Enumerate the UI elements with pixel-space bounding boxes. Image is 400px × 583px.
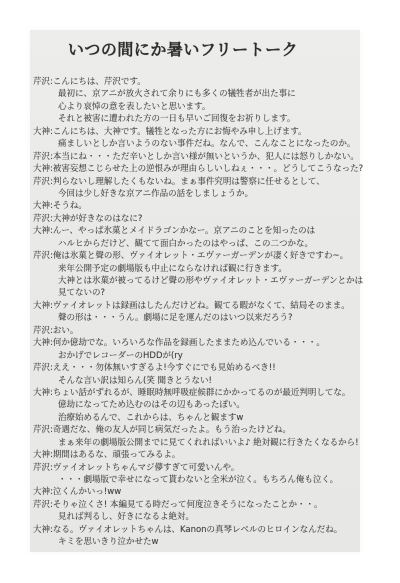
dialogue-text: 億劫になってため込むのはその辺もあったぽい。 (58, 400, 245, 410)
speaker-label: 芹沢: (33, 214, 53, 224)
dialogue-line: 芹沢:大神が好きなのはなに? (33, 213, 360, 225)
dialogue-text: 最初に、京アニが放火されて余りにも多くの犠牲者が出た事に (58, 89, 296, 99)
dialogue-text: ちょい話がずれるが、睡眠時無呼吸症候群にかかってるのが最近判明してな。 (53, 388, 351, 398)
dialogue-text: 奇遇だな、俺の友人が同じ病気だったよ。もう治ったけどね。 (53, 425, 291, 435)
dialogue-line: 大神:被害妄想こじらせた上の逆恨みが理由らしいしねぇ・・・。どうしてこうなった? (33, 163, 360, 175)
speaker-label: 大神: (33, 301, 53, 311)
dialogue-text: 痛ましいとしか言いようのない事件だね。なんで、こんなことになったのか。 (58, 139, 355, 149)
dialogue-line: 芹沢:おい。 (33, 325, 360, 337)
dialogue-line: 大神:泣くんかいっ!ww (33, 486, 360, 498)
dialogue-text: まぁ来年の劇場版公開までに見てくれればいいよ♪ 絶対観に行きたくなるから! (58, 438, 359, 448)
dialogue-line: おかげでレコーダーのHDDが(ry (33, 350, 360, 362)
dialogue-text: それと被害に遭われた方の一日も早いご回復をお祈りします。 (58, 114, 295, 124)
dialogue-line: 最初に、京アニが放火されて余りにも多くの犠牲者が出た事に (33, 88, 360, 100)
dialogue-line: 大神:何か億劫でな。いろいろな作品を録画したままため込んでいる・・・。 (33, 337, 360, 349)
dialogue-text: ええ・・・勿体無いすぎるよ!今すぐにでも見始めるべき!! (53, 363, 276, 373)
dialogue-text: 判らないし理解したくもないね。まぁ事件究明は警察に任せるとして、 (53, 177, 325, 187)
dialogue-line: 芹沢:俺は氷菓と聲の形、ヴァイオレット・エヴァーガーデンが凄く好きですわ~。 (33, 250, 360, 262)
dialogue-line: ・・・劇場版で幸せになって貰わないと全米が泣く。もちろん俺も泣く。 (33, 474, 360, 486)
dialogue-line: 芹沢:本当にね・・・ただ辛いとしか言い様が無いというか、犯人には怒りしかない。 (33, 151, 360, 163)
dialogue-line: 芹沢:ヴァイオレットちゃんマジ儚すぎて可愛いんや。 (33, 462, 360, 474)
dialogue-line: 大神とは氷菓が被ってるけど聲の形やヴァイオレット・エヴァーガーデンとかは (33, 275, 360, 287)
dialogue-line: ハルヒからだけど、観てて面白かったのはやっぱ、この二つかな。 (33, 238, 360, 250)
speaker-label: 芹沢: (33, 500, 53, 510)
dialogue-text: 大神が好きなのはなに? (53, 214, 143, 224)
scanned-page: いつの間にか暑いフリートーク 芹沢:こんにちは、芹沢です。最初に、京アニが放火さ… (0, 0, 400, 583)
speaker-label: 大神: (33, 226, 53, 236)
dialogue-text: こんにちは、芹沢です。 (53, 77, 146, 87)
dialogue-line: 痛ましいとしか言いようのない事件だね。なんで、こんなことになったのか。 (33, 138, 360, 150)
dialogue: 芹沢:こんにちは、芹沢です。最初に、京アニが放火されて余りにも多くの犠牲者が出た… (30, 76, 360, 549)
dialogue-line: 芹沢:そりゃ泣くさ! 本編見てる時だって何度泣きそうになったことか・・。 (33, 499, 360, 511)
speaker-label: 芹沢: (33, 463, 53, 473)
dialogue-line: 芹沢:ええ・・・勿体無いすぎるよ!今すぐにでも見始めるべき!! (33, 362, 360, 374)
speaker-label: 芹沢: (33, 77, 53, 87)
dialogue-text: おかげでレコーダーのHDDが(ry (58, 351, 183, 361)
dialogue-line: 大神:期間はあるな、頑張ってみるよ。 (33, 449, 360, 461)
speaker-label: 芹沢: (33, 363, 53, 373)
dialogue-text: 俺は氷菓と聲の形、ヴァイオレット・エヴァーガーデンが凄く好きですわ~。 (53, 251, 348, 261)
dialogue-line: 大神:そうね。 (33, 200, 360, 212)
dialogue-text: 何か億劫でな。いろいろな作品を録画したままため込んでいる・・・。 (53, 338, 325, 348)
dialogue-text: 泣くんかいっ!ww (53, 487, 121, 497)
speaker-label: 大神: (33, 127, 53, 137)
dialogue-text: 見てないの? (58, 288, 105, 298)
dialogue-text: こんにちは、大神です。犠牲となった方にお悔やみ申し上げます。 (53, 127, 307, 137)
speaker-label: 大神: (33, 487, 53, 497)
dialogue-text: 被害妄想こじらせた上の逆恨みが理由らしいしねぇ・・・。どうしてこうなった? (53, 164, 363, 174)
speaker-label: 芹沢: (33, 425, 53, 435)
dialogue-text: 聲の形は・・・うん。劇場に足を運んだのはいつ以来だろう? (58, 313, 293, 323)
dialogue-line: 見てないの? (33, 287, 360, 299)
speaker-label: 大神: (33, 164, 53, 174)
dialogue-text: ハルヒからだけど、観てて面白かったのはやっぱ、この二つかな。 (58, 239, 313, 249)
dialogue-line: 芹沢:こんにちは、芹沢です。 (33, 76, 360, 88)
scan-area: いつの間にか暑いフリートーク 芹沢:こんにちは、芹沢です。最初に、京アニが放火さ… (30, 30, 360, 552)
speaker-label: 芹沢: (33, 177, 53, 187)
dialogue-line: 来年公開予定の劇場版も中止にならなければ観に行きます。 (33, 263, 360, 275)
speaker-label: 大神: (33, 525, 53, 535)
dialogue-text: なる。ヴァイオレットちゃんは、Kanonの真琴レベルのヒロインなんだね。 (53, 525, 342, 535)
dialogue-line: 聲の形は・・・うん。劇場に足を運んだのはいつ以来だろう? (33, 312, 360, 324)
dialogue-text: んー、やっぱ氷菓とメイドラゴンかなー。京アニのことを知ったのは (53, 226, 315, 236)
dialogue-line: そんな言い訳は知らん(笑 聞きとうない! (33, 375, 360, 387)
speaker-label: 芹沢: (33, 152, 53, 162)
dialogue-line: 芹沢:判らないし理解したくもないね。まぁ事件究明は警察に任せるとして、 (33, 176, 360, 188)
dialogue-text: 大神とは氷菓が被ってるけど聲の形やヴァイオレット・エヴァーガーデンとかは (58, 276, 363, 286)
page-title: いつの間にか暑いフリートーク (18, 37, 348, 60)
speaker-label: 大神: (33, 388, 53, 398)
dialogue-text: そうね。 (53, 201, 87, 211)
dialogue-line: 大神:んー、やっぱ氷菓とメイドラゴンかなー。京アニのことを知ったのは (33, 225, 360, 237)
dialogue-line: 大神:こんにちは、大神です。犠牲となった方にお悔やみ申し上げます。 (33, 126, 360, 138)
dialogue-text: 本当にね・・・ただ辛いとしか言い様が無いというか、犯人には怒りしかない。 (53, 152, 359, 162)
dialogue-text: ・・・劇場版で幸せになって貰わないと全米が泣く。もちろん俺も泣く。 (58, 475, 338, 485)
dialogue-text: 来年公開予定の劇場版も中止にならなければ観に行きます。 (58, 264, 287, 274)
dialogue-text: ヴァイオレットは録画はしたんだけどね。観てる暇がなくて、結局そのまま。 (53, 301, 350, 311)
speaker-label: 芹沢: (33, 251, 53, 261)
dialogue-text: そりゃ泣くさ! 本編見てる時だって何度泣きそうになったことか・・。 (53, 500, 323, 510)
dialogue-line: 億劫になってため込むのはその辺もあったぽい。 (33, 399, 360, 411)
speaker-label: 大神: (33, 201, 53, 211)
dialogue-line: それと被害に遭われた方の一日も早いご回復をお祈りします。 (33, 113, 360, 125)
dialogue-line: 芹沢:奇遇だな、俺の友人が同じ病気だったよ。もう治ったけどね。 (33, 424, 360, 436)
dialogue-line: まぁ来年の劇場版公開までに見てくれればいいよ♪ 絶対観に行きたくなるから! (33, 437, 360, 449)
dialogue-text: 今回は少し好きな京アニ作品の話をしましょうか。 (58, 189, 253, 199)
dialogue-line: 大神:ちょい話がずれるが、睡眠時無呼吸症候群にかかってるのが最近判明してな。 (33, 387, 360, 399)
dialogue-line: 大神:ヴァイオレットは録画はしたんだけどね。観てる暇がなくて、結局そのまま。 (33, 300, 360, 312)
dialogue-text: そんな言い訳は知らん(笑 聞きとうない! (58, 376, 212, 386)
dialogue-text: 期間はあるな、頑張ってみるよ。 (53, 450, 181, 460)
dialogue-text: 治療始めるんで、これからは、ちゃんと観ますw (58, 413, 243, 423)
dialogue-line: 今回は少し好きな京アニ作品の話をしましょうか。 (33, 188, 360, 200)
dialogue-line: 心より哀悼の意を表したいと思います。 (33, 101, 360, 113)
dialogue-line: 大神:なる。ヴァイオレットちゃんは、Kanonの真琴レベルのヒロインなんだね。 (33, 524, 360, 536)
dialogue-text: ヴァイオレットちゃんマジ儚すぎて可愛いんや。 (53, 463, 239, 473)
speaker-label: 芹沢: (33, 326, 53, 336)
dialogue-line: 治療始めるんで、これからは、ちゃんと観ますw (33, 412, 360, 424)
dialogue-text: キミを思いきり泣かせたw (58, 537, 158, 547)
dialogue-text: おい。 (53, 326, 79, 336)
speaker-label: 大神: (33, 338, 53, 348)
speaker-label: 大神: (33, 450, 53, 460)
dialogue-line: キミを思いきり泣かせたw (33, 536, 360, 548)
dialogue-line: 見れば判るし、好きになるよ絶対。 (33, 511, 360, 523)
dialogue-text: 見れば判るし、好きになるよ絶対。 (58, 512, 194, 522)
dialogue-text: 心より哀悼の意を表したいと思います。 (58, 102, 210, 112)
